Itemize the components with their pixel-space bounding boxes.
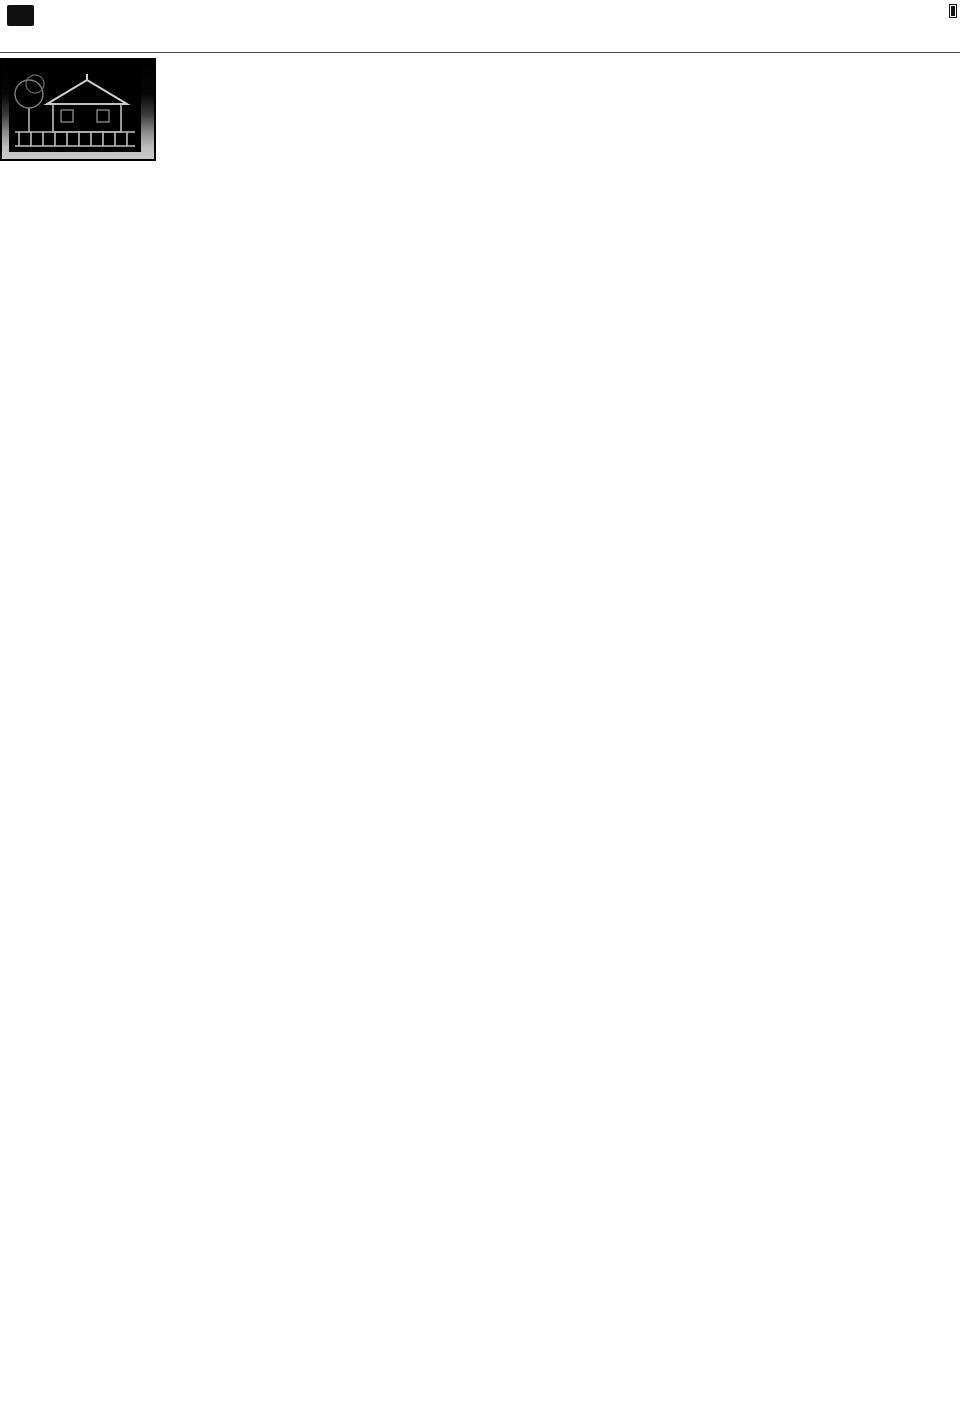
promo-top-row [9, 64, 147, 152]
newspaper-logo [950, 2, 952, 14]
page-header [0, 0, 960, 53]
karpat-seal-icon [950, 5, 956, 17]
page [0, 0, 960, 1416]
page-number [7, 5, 34, 26]
village-house-photo [9, 64, 141, 152]
promo-box [0, 58, 156, 161]
